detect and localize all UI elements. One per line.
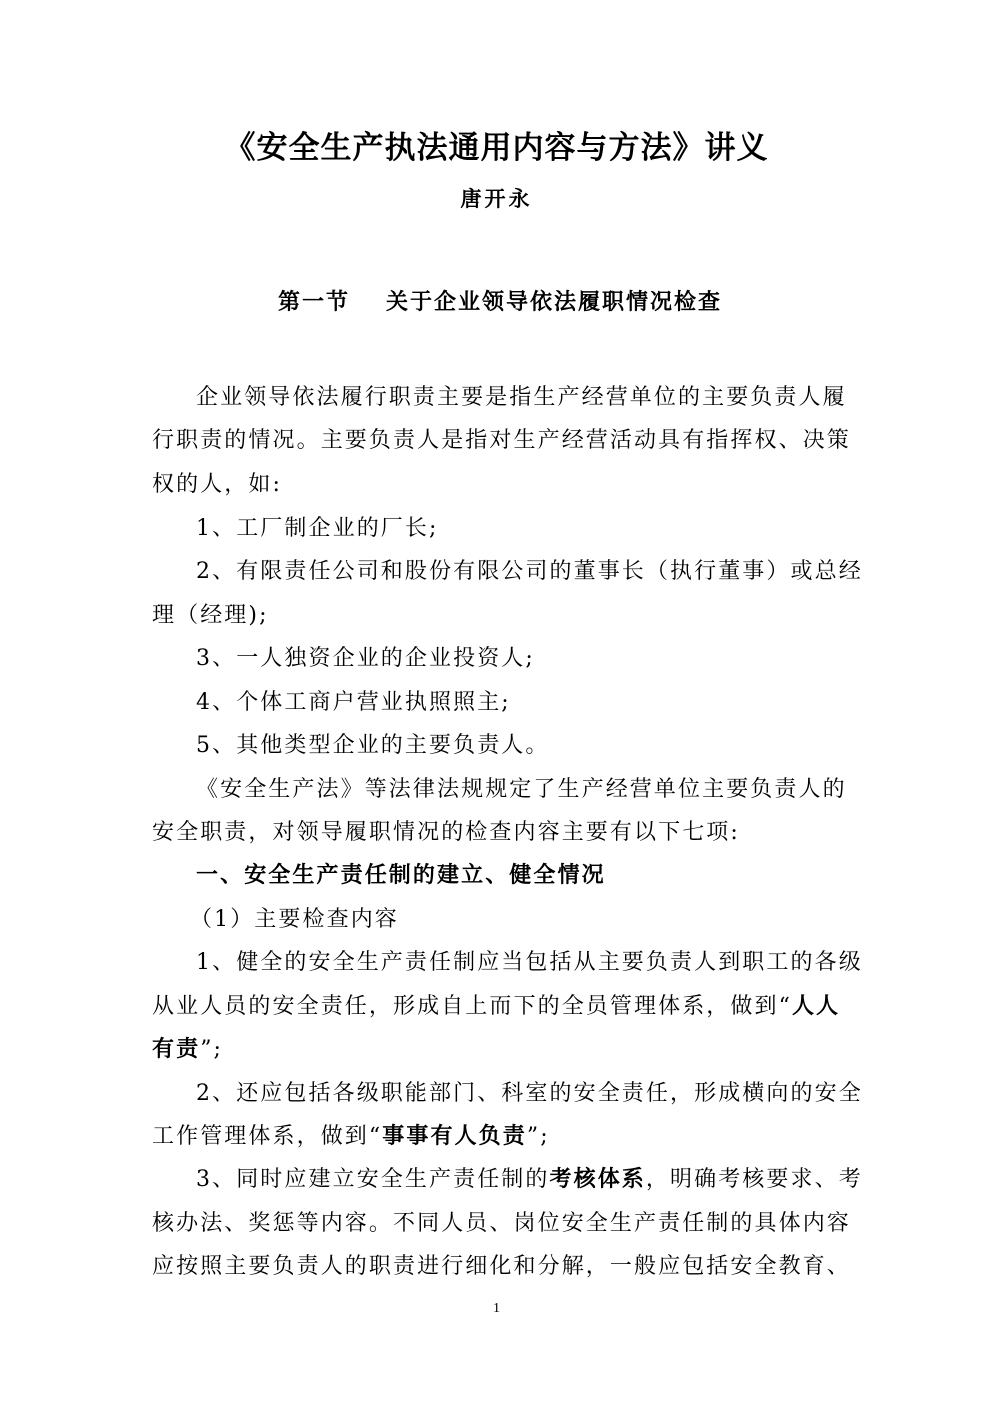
list-item-continuation: 理（经理); — [152, 601, 842, 631]
paragraph-line: 从业人员的安全责任，形成自上而下的全员管理体系，做到“人人 — [152, 992, 842, 1022]
page-number: 1 — [0, 1300, 993, 1318]
paragraph-line: 3、同时应建立安全生产责任制的考核体系，明确考核要求、考 — [196, 1165, 842, 1195]
emphasis-text: 有责 — [152, 1037, 200, 1062]
list-item: 1、工厂制企业的厂长; — [196, 514, 842, 544]
section-heading: 第一节关于企业领导依法履职情况检查 — [278, 288, 722, 318]
emphasis-text: 事事有人负责 — [382, 1124, 527, 1149]
paragraph-line: 权的人，如: — [152, 470, 842, 500]
list-item: 5、其他类型企业的主要负责人。 — [196, 731, 842, 761]
text-run: ，明确考核要求、考 — [646, 1167, 863, 1192]
paragraph-line: 安全职责，对领导履职情况的检查内容主要有以下七项: — [152, 818, 842, 848]
paragraph-line: 工作管理体系，做到“事事有人负责”; — [152, 1122, 842, 1152]
paragraph-line: 行职责的情况。主要负责人是指对生产经营活动具有指挥权、决策 — [152, 426, 842, 456]
list-item: 4、个体工商户营业执照照主; — [196, 688, 842, 718]
text-run: ”; — [527, 1124, 550, 1149]
list-item: 3、一人独资企业的企业投资人; — [196, 644, 842, 674]
subsection-heading: 一、安全生产责任制的建立、健全情况 — [196, 861, 842, 891]
paragraph-line: 《安全生产法》等法律法规规定了生产经营单位主要负责人的 — [196, 775, 842, 805]
paragraph-line: 企业领导依法履行职责主要是指生产经营单位的主要负责人履 — [196, 383, 842, 413]
section-title: 关于企业领导依法履职情况检查 — [386, 290, 722, 315]
document-author: 唐开永 — [0, 185, 993, 213]
text-run: ”; — [200, 1037, 223, 1062]
paragraph-line: 核办法、奖惩等内容。不同人员、岗位安全生产责任制的具体内容 — [152, 1209, 842, 1239]
paragraph-line: 有责”; — [152, 1035, 842, 1065]
emphasis-text: 人人 — [792, 994, 840, 1019]
list-item: 2、有限责任公司和股份有限公司的董事长（执行董事）或总经 — [196, 557, 842, 587]
document-title: 《安全生产执法通用内容与方法》讲义 — [0, 128, 993, 168]
emphasis-text: 考核体系 — [550, 1167, 646, 1192]
paragraph-line: 2、还应包括各级职能部门、科室的安全责任，形成横向的安全 — [196, 1079, 842, 1109]
text-run: 工作管理体系，做到“ — [152, 1124, 382, 1149]
text-run: 3、同时应建立安全生产责任制的 — [196, 1167, 550, 1192]
paragraph-line: 应按照主要负责人的职责进行细化和分解，一般应包括安全教育、 — [152, 1252, 842, 1282]
sub-heading: （1）主要检查内容 — [190, 905, 836, 935]
text-run: 从业人员的安全责任，形成自上而下的全员管理体系，做到“ — [152, 994, 792, 1019]
paragraph-line: 1、健全的安全生产责任制应当包括从主要负责人到职工的各级 — [196, 948, 842, 978]
section-number: 第一节 — [278, 290, 350, 315]
